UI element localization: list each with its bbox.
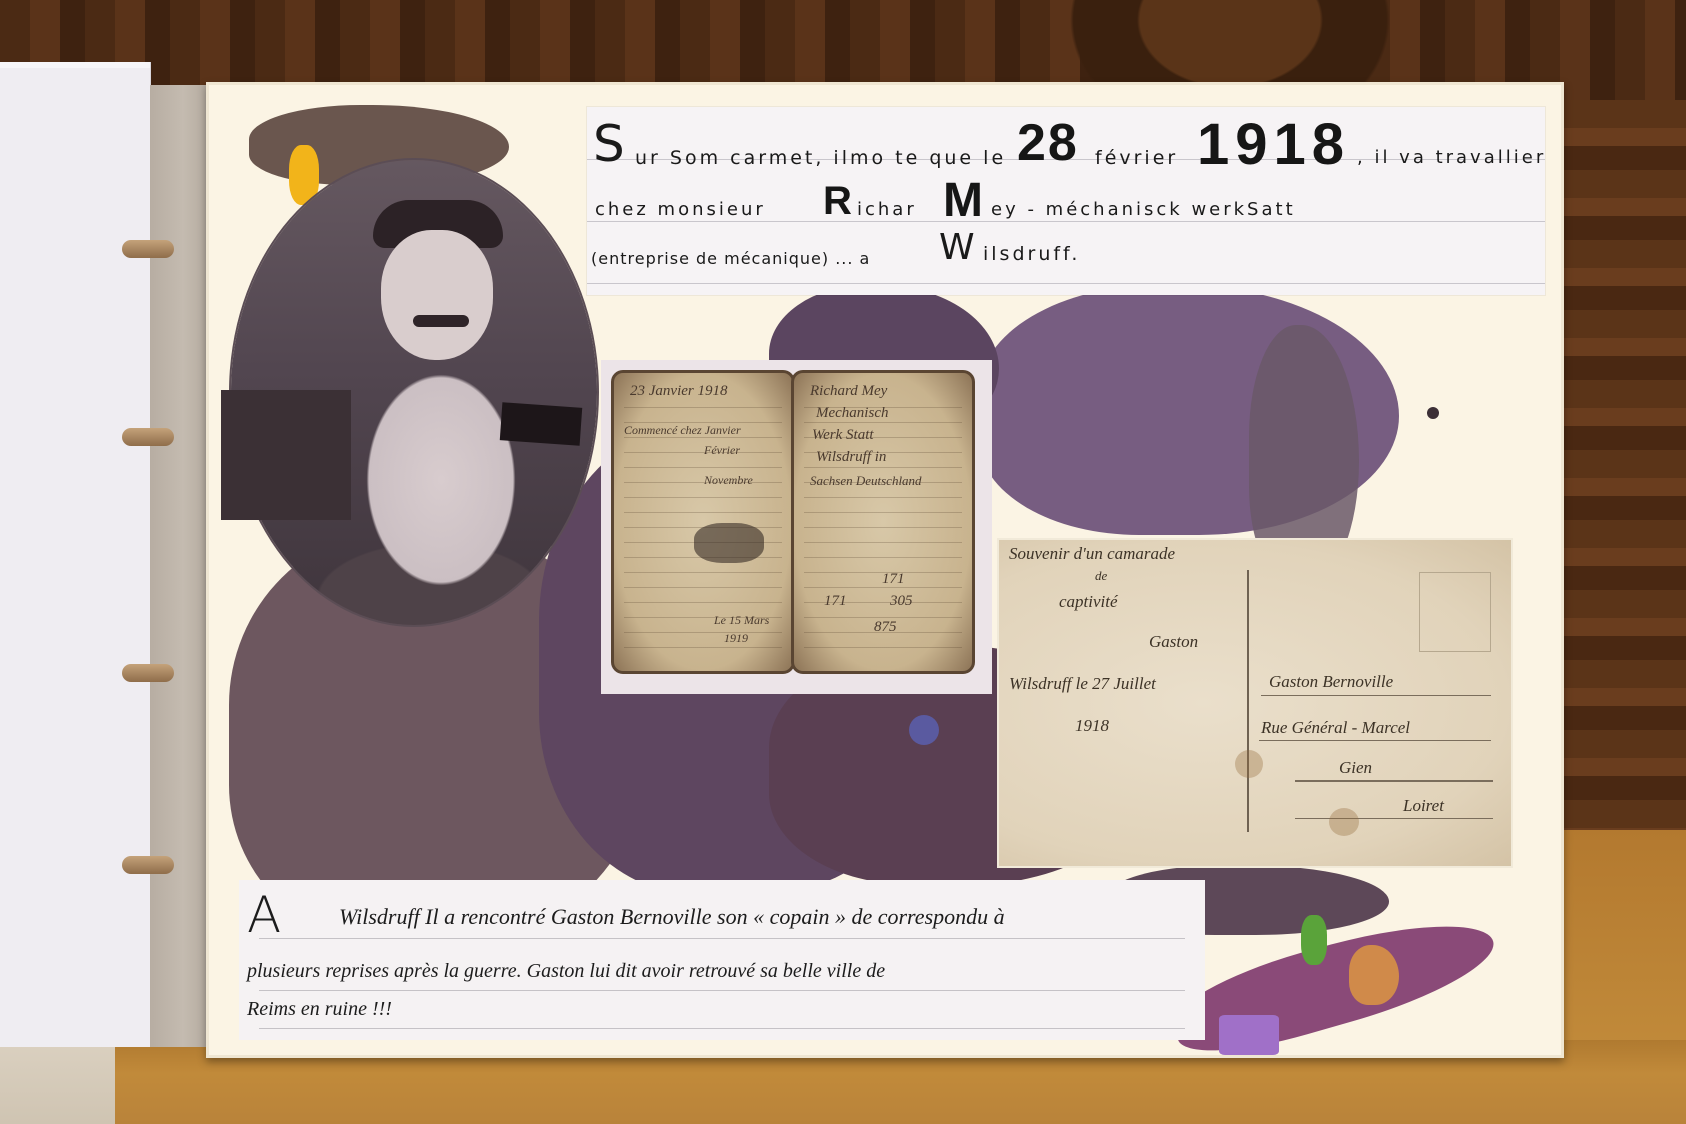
ink-splatter-green bbox=[1301, 915, 1327, 965]
mourning-armband bbox=[500, 402, 582, 445]
ink-splatter-lilac bbox=[1219, 1015, 1279, 1055]
wood-panel-right bbox=[1560, 100, 1686, 840]
notebook-left-page: 23 Janvier 1918 Commencé chez Janvier Fé… bbox=[611, 370, 795, 674]
bottom-caption-initial: A bbox=[247, 886, 281, 944]
notebook-line: 1919 bbox=[724, 631, 748, 646]
blank-left-page bbox=[0, 62, 151, 1047]
photo-face bbox=[381, 230, 493, 360]
bottom-caption-line1: Wilsdruff Il a rencontré Gaston Bernovil… bbox=[339, 904, 1005, 930]
stain bbox=[1235, 750, 1263, 778]
notebook-line: Novembre bbox=[704, 473, 753, 488]
postcard-place-date: Wilsdruff le 27 Juillet bbox=[1009, 674, 1156, 694]
caption-year: 1918 bbox=[1197, 111, 1350, 178]
notebook-header: 23 Janvier 1918 bbox=[630, 383, 727, 400]
postcard-divider bbox=[1247, 570, 1249, 832]
stamp-box bbox=[1419, 572, 1491, 652]
postcard-year: 1918 bbox=[1075, 716, 1109, 736]
caption-line2-rest: ey - méchanisck werkSatt bbox=[991, 199, 1296, 220]
caption-line1: ur Som carmet, ilmo te que le bbox=[635, 147, 1006, 169]
notebook-line: Wilsdruff in bbox=[816, 449, 886, 466]
photo-mustache bbox=[413, 315, 469, 327]
caption-name-r: ichar bbox=[857, 199, 917, 220]
notebook-right-page: Richard Mey Mechanisch Werk Statt Wilsdr… bbox=[791, 370, 975, 674]
binding-cord bbox=[122, 856, 174, 874]
scrapbook-page: S ur Som carmet, ilmo te que le 28 févri… bbox=[206, 82, 1564, 1058]
notebook-number: 171 bbox=[882, 571, 905, 588]
binding-cord bbox=[122, 240, 174, 258]
binding-cord bbox=[122, 428, 174, 446]
caption-name-initial-m: M bbox=[943, 173, 986, 228]
wooden-table-right bbox=[1545, 830, 1686, 1050]
top-caption-card: S ur Som carmet, ilmo te que le 28 févri… bbox=[587, 107, 1545, 295]
ink-splatter-orange bbox=[1349, 945, 1399, 1005]
caption-line3: (entreprise de mécanique) ... a bbox=[591, 249, 870, 268]
notebook-line: Commencé chez Janvier bbox=[624, 423, 741, 438]
notebook-line: Février bbox=[704, 443, 740, 458]
stain bbox=[1329, 808, 1359, 836]
caption-place: ilsdruff. bbox=[983, 243, 1080, 265]
notebook-line: Le 15 Mars bbox=[714, 613, 769, 628]
caption-place-initial: W bbox=[939, 227, 978, 268]
photo-table bbox=[221, 390, 351, 520]
caption-month: février bbox=[1095, 147, 1178, 169]
caption-line1-end: , il va travallier bbox=[1357, 147, 1545, 168]
postcard-address-street: Rue Général - Marcel bbox=[1261, 718, 1410, 738]
bottom-caption-line2: plusieurs reprises après la guerre. Gast… bbox=[247, 960, 885, 983]
ink-drop bbox=[1427, 407, 1439, 419]
notebook-line: Mechanisch bbox=[816, 405, 888, 422]
bottom-caption-card: A Wilsdruff Il a rencontré Gaston Bernov… bbox=[239, 880, 1205, 1040]
postcard-signature: Gaston bbox=[1149, 632, 1198, 652]
postcard-message: Souvenir d'un camarade bbox=[1009, 544, 1175, 564]
notebook-scribble bbox=[694, 523, 764, 563]
postcard-address-name: Gaston Bernoville bbox=[1269, 672, 1393, 692]
caption-initial: S bbox=[593, 115, 628, 173]
soldier-portrait-photo bbox=[231, 160, 597, 625]
notebook-line: Werk Statt bbox=[812, 427, 874, 444]
postcard-message: captivité bbox=[1059, 592, 1118, 612]
postcard: Souvenir d'un camarade de captivité Gast… bbox=[999, 540, 1511, 866]
caption-day: 28 bbox=[1017, 113, 1079, 173]
bottom-caption-line3: Reims en ruine !!! bbox=[247, 998, 392, 1021]
ink-drop bbox=[909, 715, 939, 745]
postcard-address-region: Loiret bbox=[1403, 796, 1444, 816]
caption-line2: chez monsieur bbox=[595, 199, 766, 220]
postcard-address-city: Gien bbox=[1339, 758, 1372, 778]
postcard-message: de bbox=[1095, 568, 1107, 584]
caption-name-initial-r: R bbox=[823, 179, 855, 224]
soldier-notebook-photo: 23 Janvier 1918 Commencé chez Janvier Fé… bbox=[601, 360, 992, 694]
notebook-line: Richard Mey bbox=[810, 383, 887, 400]
notebook-line: Sachsen Deutschland bbox=[810, 473, 922, 489]
notebook-number: 305 bbox=[890, 593, 913, 610]
notebook-number: 171 bbox=[824, 593, 847, 610]
binding-cord bbox=[122, 664, 174, 682]
notebook-number: 875 bbox=[874, 619, 897, 636]
